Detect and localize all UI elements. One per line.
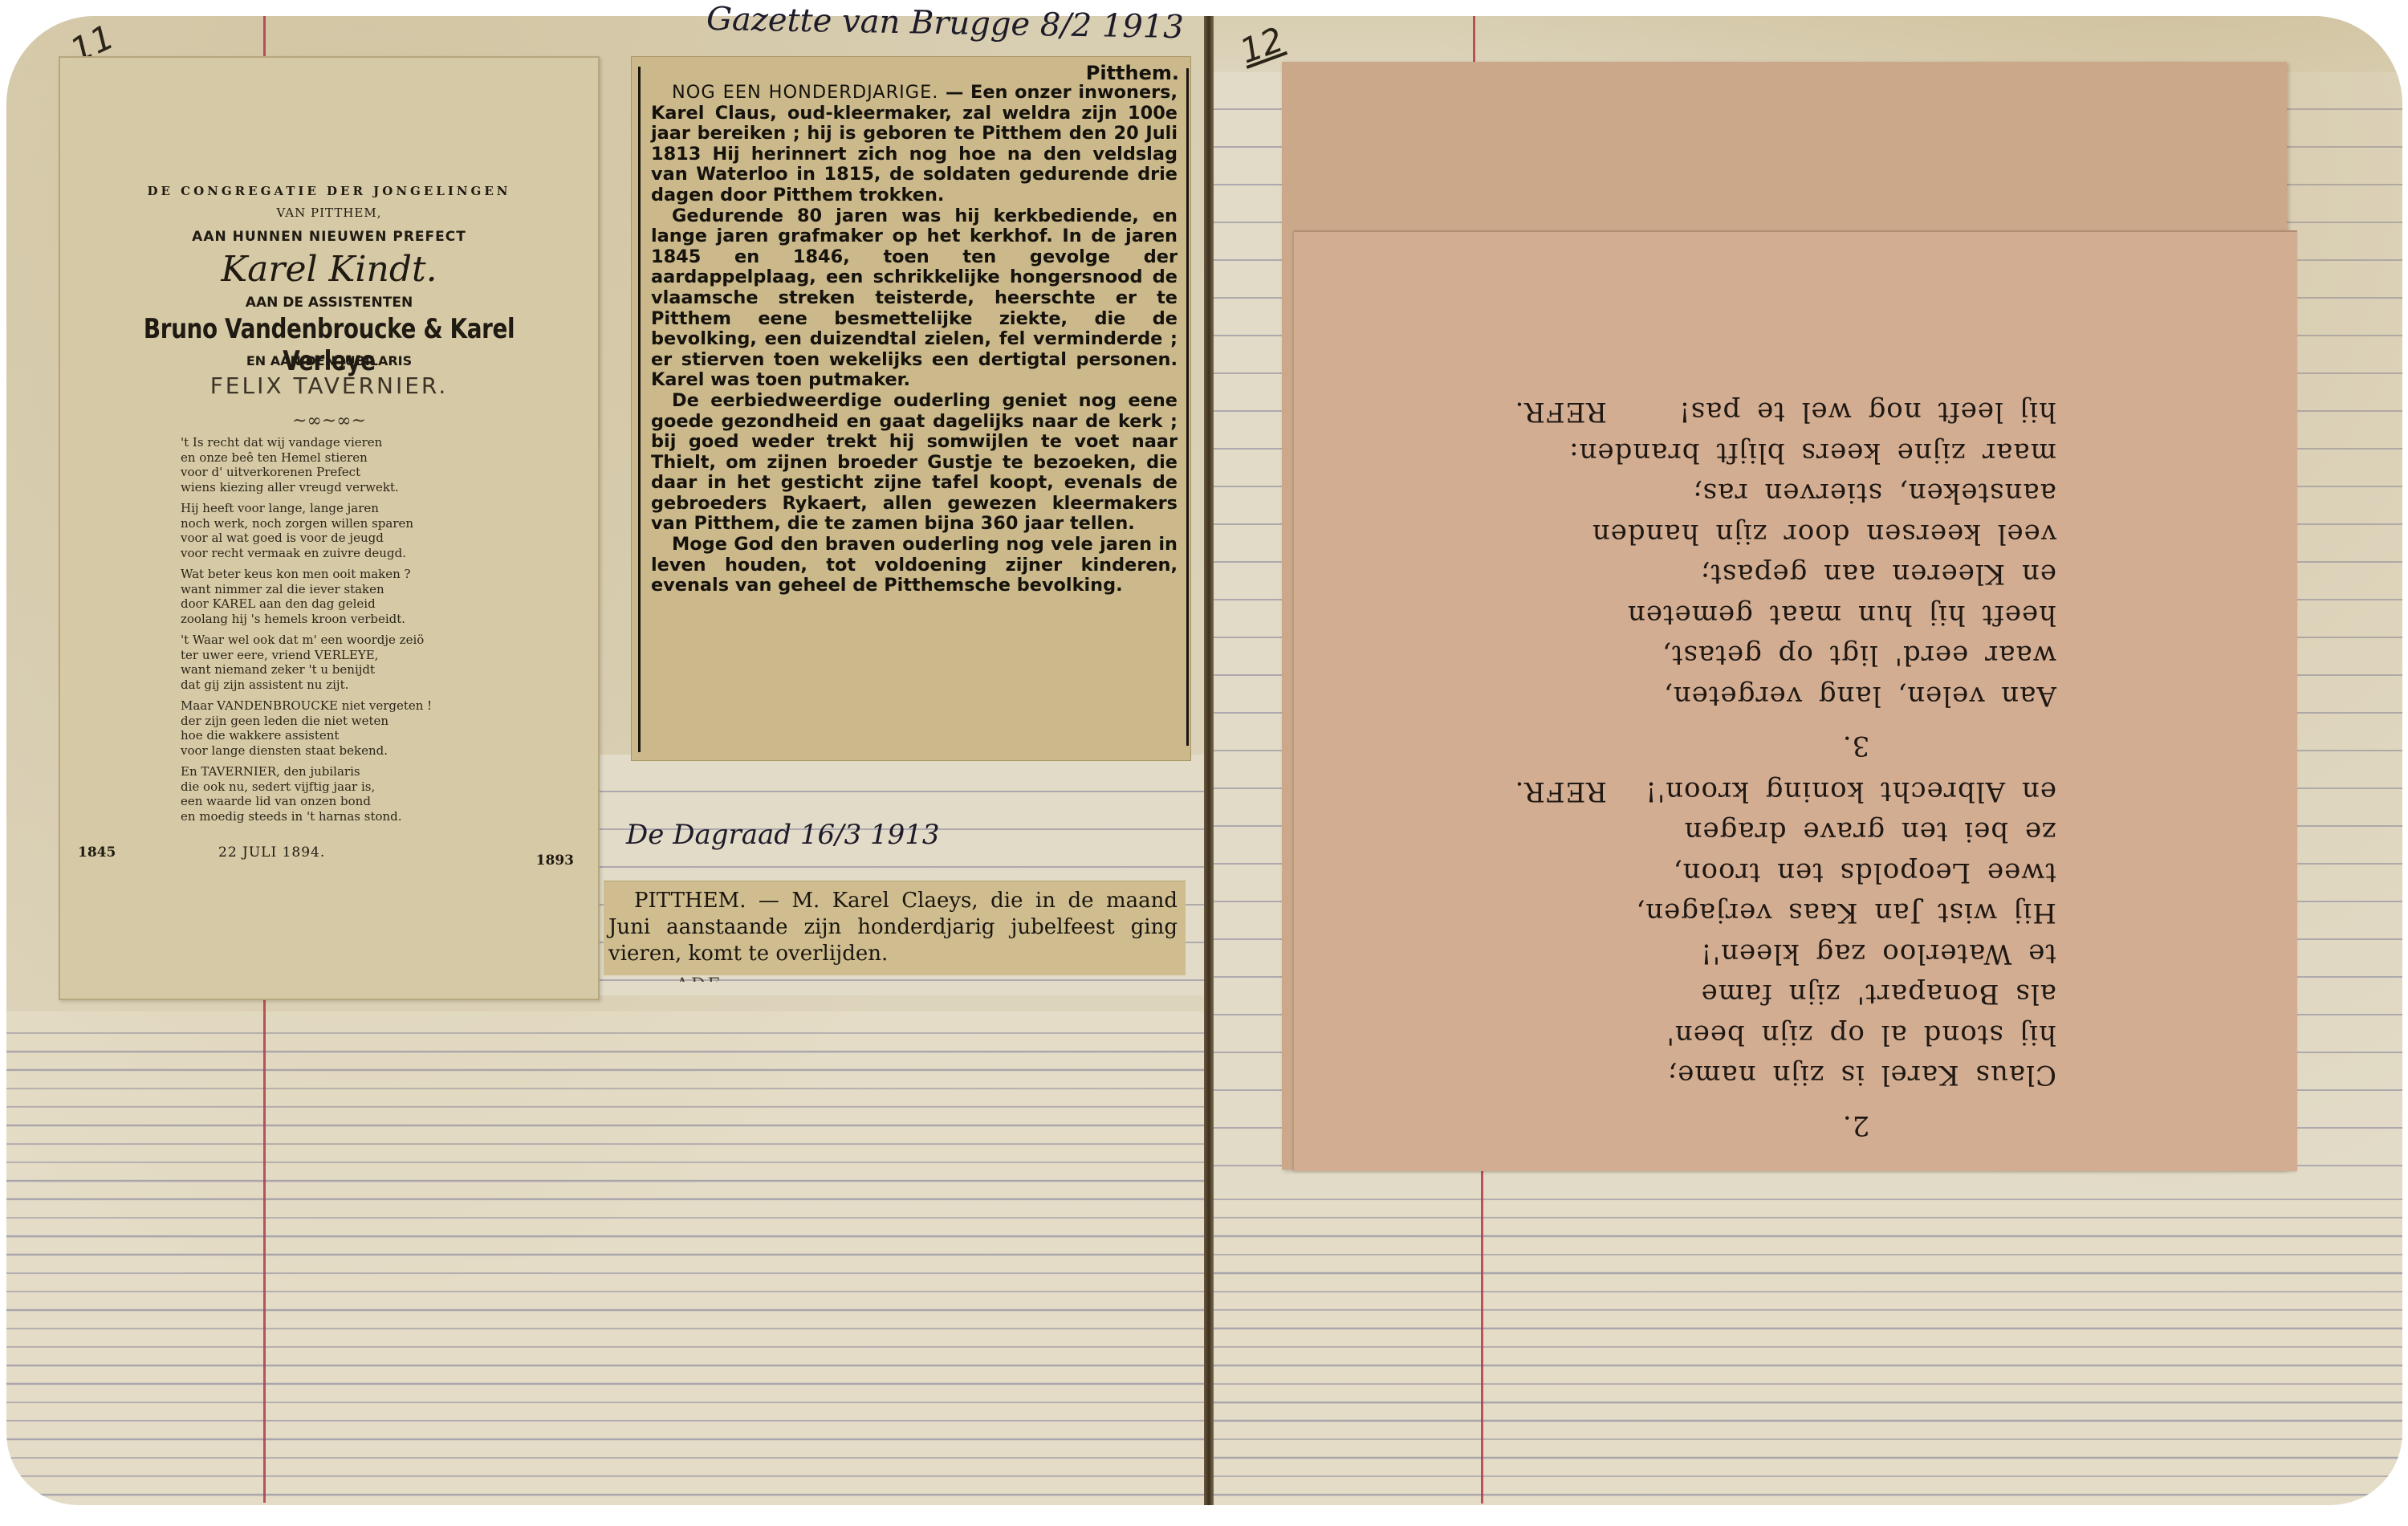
poem-line: voor lange diensten staat bekend.	[181, 743, 534, 759]
poem-line: hij stond al op zijn been'	[1366, 1015, 2056, 1056]
card-header-congregation: DE CONGREGATIE DER JONGELINGEN	[60, 184, 598, 198]
poem-line: Maar VANDENBROUCKE niet vergeten !	[181, 698, 534, 714]
poem-line: want niemand zeker 't u benijdt	[181, 662, 534, 678]
card-header-prefect: AAN HUNNEN NIEUWEN PREFECT	[60, 229, 598, 245]
poem-line: want nimmer zal die iever staken	[181, 582, 534, 597]
left-margin-line	[263, 997, 266, 1503]
poem-stanza: 't Waar wel ook dat m' een woordje zeiö …	[181, 633, 534, 692]
pink-sheet-poem: 2. Claus Karel is zijn name; hij stond a…	[1294, 230, 2297, 1171]
poem-line: 't Is recht dat wij vandage vieren	[181, 435, 534, 450]
torn-fragment-text: ...ADE	[652, 972, 723, 982]
clipping-text: PITTHEM. — M. Karel Claeys, die in de ma…	[608, 888, 1178, 967]
poem-stanza: Maar VANDENBROUCKE niet vergeten ! der z…	[181, 698, 534, 758]
commemorative-card: DE CONGREGATIE DER JONGELINGEN VAN PITTH…	[59, 56, 600, 1000]
refrain-marker: REFR.	[1515, 392, 1607, 433]
right-margin-line-top	[1473, 16, 1475, 63]
ornament-divider-icon: ~∞~∞~	[60, 411, 598, 431]
handwritten-source-dagraad: De Dagraad 16/3 1913	[626, 819, 940, 851]
poem-line: en onze beê ten Hemel stieren	[181, 450, 534, 466]
card-header-assistants: AAN DE ASSISTENTEN	[60, 295, 598, 311]
poem-line: En TAVERNIER, den jubilaris	[181, 764, 534, 779]
poem-line: voor d' uitverkorenen Prefect	[181, 465, 534, 480]
poem-line-text: hij leeft nog wel te pas!	[1678, 397, 2056, 429]
poem-line: en moedig steeds in 't harnas stond.	[181, 809, 534, 824]
poem-line: hoe die wakkere assistent	[181, 728, 534, 743]
open-scrapbook: 11 12 DE CONGREGATIE DER JONGELINGEN VAN…	[0, 0, 2408, 1526]
poem-line: aansteken, stierven ras;	[1366, 473, 2056, 514]
poem-line: veel keersen door zijn handen	[1366, 514, 2056, 555]
poem-line: zoolang hij 's hemels kroon verbeidt.	[181, 612, 534, 627]
poem-stanza: 't Is recht dat wij vandage vieren en on…	[181, 435, 534, 494]
poem-line: als Bonapart' zijn fame	[1366, 974, 2056, 1015]
poem-line: dat gij zijn assistent nu zijt.	[181, 678, 534, 693]
poem-line: ter uwer eere, vriend VERLEYE,	[181, 648, 534, 663]
clipping-body: NOG EEN HONDERDJARIGE. — Een onzer inwon…	[651, 83, 1178, 596]
clipping-dateline: Pitthem.	[1086, 62, 1179, 84]
poem-stanza: Hij heeft voor lange, lange jaren noch w…	[181, 501, 534, 560]
refrain-marker: REFR.	[1515, 771, 1607, 812]
card-prefect-name: Karel Kindt.	[60, 249, 598, 290]
clipping-paragraph: De eerbiedweerdige ouderling geniet nog …	[651, 391, 1178, 535]
poem-line: 't Waar wel ook dat m' een woordje zeiö	[181, 633, 534, 648]
clipping-headline: NOG EEN HONDERDJARIGE.	[672, 82, 938, 103]
column-rule-left	[638, 67, 641, 752]
poem-line: voor recht vermaak en zuivre deugd.	[181, 546, 534, 561]
right-margin-line	[1481, 1170, 1483, 1504]
poem-line: voor al wat goed is voor de jeugd	[181, 531, 534, 546]
card-footer: 1845 22 JULI 1894. 1893	[78, 844, 574, 877]
poem-line: twee Leopolds ten troon,	[1366, 853, 2056, 893]
poem-line-with-refrain: en Albrecht koning kroon'!REFR.	[1366, 771, 2056, 812]
card-jubilarian-name: FELIX TAVERNIER.	[60, 372, 598, 399]
card-header-jubilarian: EN AAN DEN JUBILARIS	[60, 353, 598, 368]
poem-line: die ook nu, sedert vijftig jaar is,	[181, 779, 534, 795]
poem-line: Hij wist Jan Kaas verjagen,	[1366, 893, 2056, 934]
newspaper-clipping-dagraad: PITTHEM. — M. Karel Claeys, die in de ma…	[604, 881, 1186, 975]
poem-line: noch werk, noch zorgen willen sparen	[181, 516, 534, 531]
upside-down-content: 2. Claus Karel is zijn name; hij stond a…	[1294, 232, 2297, 1171]
left-margin-line-top	[263, 16, 266, 58]
poem-line: heeft hij hun maat gemeten	[1366, 595, 2056, 636]
clipping-paragraph: Moge God den braven ouderling nog vele j…	[651, 535, 1178, 596]
poem-line: waar eerd' ligt op getast,	[1366, 635, 2056, 676]
stanza-number: 2.	[1655, 1105, 2056, 1146]
poem-stanza: En TAVERNIER, den jubilaris die ook nu, …	[181, 764, 534, 824]
poem-line: Hij heeft voor lange, lange jaren	[181, 501, 534, 516]
clipping-paragraph: Gedurende 80 jaren was hij kerkbediende,…	[651, 206, 1178, 391]
poem-stanza: Wat beter keus kon men ooit maken ? want…	[181, 567, 534, 626]
event-date: 22 JULI 1894.	[218, 844, 325, 861]
book-spine	[1204, 16, 1214, 1505]
poem-line: Aan velen, lang vergeten,	[1366, 676, 2056, 717]
newspaper-clipping-gazette: Pitthem. NOG EEN HONDERDJARIGE. — Een on…	[631, 56, 1191, 761]
poem-line: der zijn geen leden die niet weten	[181, 714, 534, 729]
poem-line: maar zijne keers blijft branden:	[1366, 433, 2056, 474]
poem-line: Wat beter keus kon men ooit maken ?	[181, 567, 534, 582]
poem-line: ze bei ten grave dragen	[1366, 812, 2056, 853]
year-left: 1845	[78, 844, 116, 861]
poem-line-text: en Albrecht koning kroon'!	[1645, 775, 2056, 808]
stanza-number: 3.	[1655, 726, 2056, 767]
poem-line: en Kleeren aan gepast;	[1366, 554, 2056, 595]
upside-down-poem: 2. Claus Karel is zijn name; hij stond a…	[1366, 392, 2056, 1150]
poem-line: wiens kiezing aller vreugd verwekt.	[181, 480, 534, 495]
poem-line: Claus Karel is zijn name;	[1366, 1055, 2056, 1096]
poem-line: te Waterloo zag kleen'!	[1366, 934, 2056, 975]
card-header-place: VAN PITTHEM,	[60, 206, 598, 220]
poem-line: een waarde lid van onzen bond	[181, 794, 534, 809]
column-rule-right	[1186, 68, 1189, 746]
card-poem: 't Is recht dat wij vandage vieren en on…	[181, 435, 534, 830]
poem-line-with-refrain: hij leeft nog wel te pas!REFR.	[1366, 392, 2056, 433]
year-right: 1893	[536, 853, 574, 869]
clipping-paragraph: NOG EEN HONDERDJARIGE. — Een onzer inwon…	[651, 83, 1178, 206]
poem-line: door KAREL aan den dag geleid	[181, 596, 534, 612]
